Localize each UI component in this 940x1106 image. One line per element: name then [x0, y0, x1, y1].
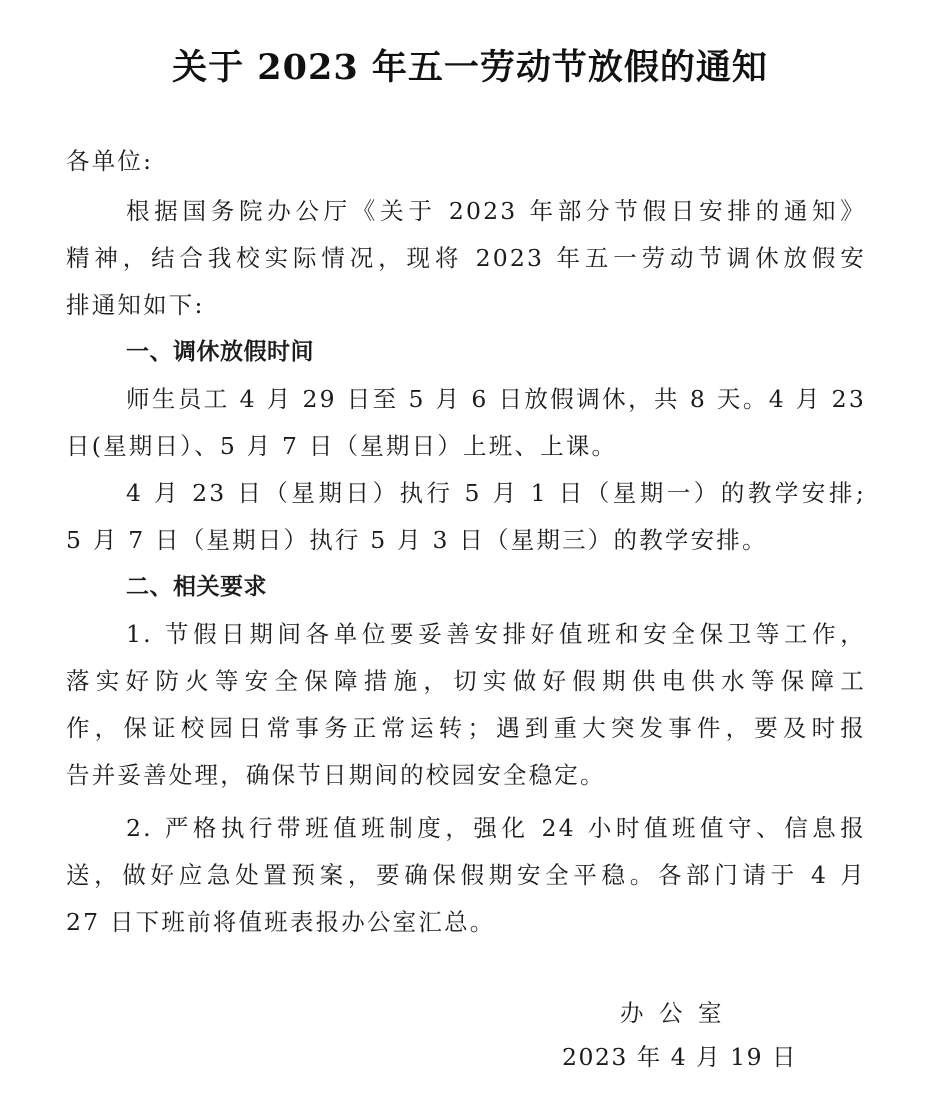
section-1-para-1-line-2: 日(星期日）、5 月 7 日（星期日）上班、上课。: [66, 431, 866, 461]
section-2-item-1-line-4: 告并妥善处理，确保节日期间的校园安全稳定。: [66, 760, 866, 790]
section-2-item-2-line-1: 2. 严格执行带班值班制度，强化 24 小时值班值守、信息报: [126, 813, 866, 843]
section-1-para-2-line-2: 5 月 7 日（星期日）执行 5 月 3 日（星期三）的教学安排。: [66, 525, 866, 555]
section-2-item-2-line-2: 送，做好应急处置预案，要确保假期安全平稳。各部门请于 4 月: [66, 860, 866, 890]
section-2-item-1-line-2: 落实好防火等安全保障措施，切实做好假期供电供水等保障工: [66, 666, 866, 696]
section-1-heading: 一、调休放假时间: [126, 337, 866, 367]
document-title: 关于 2023 年五一劳动节放假的通知: [0, 40, 940, 90]
intro-line-1: 根据国务院办公厅《关于 2023 年部分节假日安排的通知》: [126, 196, 866, 226]
section-1-para-2-line-1: 4 月 23 日（星期日）执行 5 月 1 日（星期一）的教学安排;: [126, 478, 866, 508]
signature-date: 2023 年 4 月 19 日: [562, 1042, 797, 1072]
section-2-item-1-line-3: 作，保证校园日常事务正常运转；遇到重大突发事件，要及时报: [66, 713, 866, 743]
section-2-item-1-line-1: 1. 节假日期间各单位要妥善安排好值班和安全保卫等工作，: [126, 619, 866, 649]
section-1-para-1-line-1: 师生员工 4 月 29 日至 5 月 6 日放假调休，共 8 天。4 月 23: [126, 384, 866, 414]
salutation: 各单位:: [66, 146, 866, 176]
intro-line-3: 排通知如下:: [66, 290, 866, 320]
section-2-item-2-line-3: 27 日下班前将值班表报办公室汇总。: [66, 907, 866, 937]
signature-office: 办 公 室: [620, 998, 725, 1028]
intro-line-2: 精神，结合我校实际情况，现将 2023 年五一劳动节调休放假安: [66, 243, 866, 273]
section-2-heading: 二、相关要求: [126, 572, 866, 602]
